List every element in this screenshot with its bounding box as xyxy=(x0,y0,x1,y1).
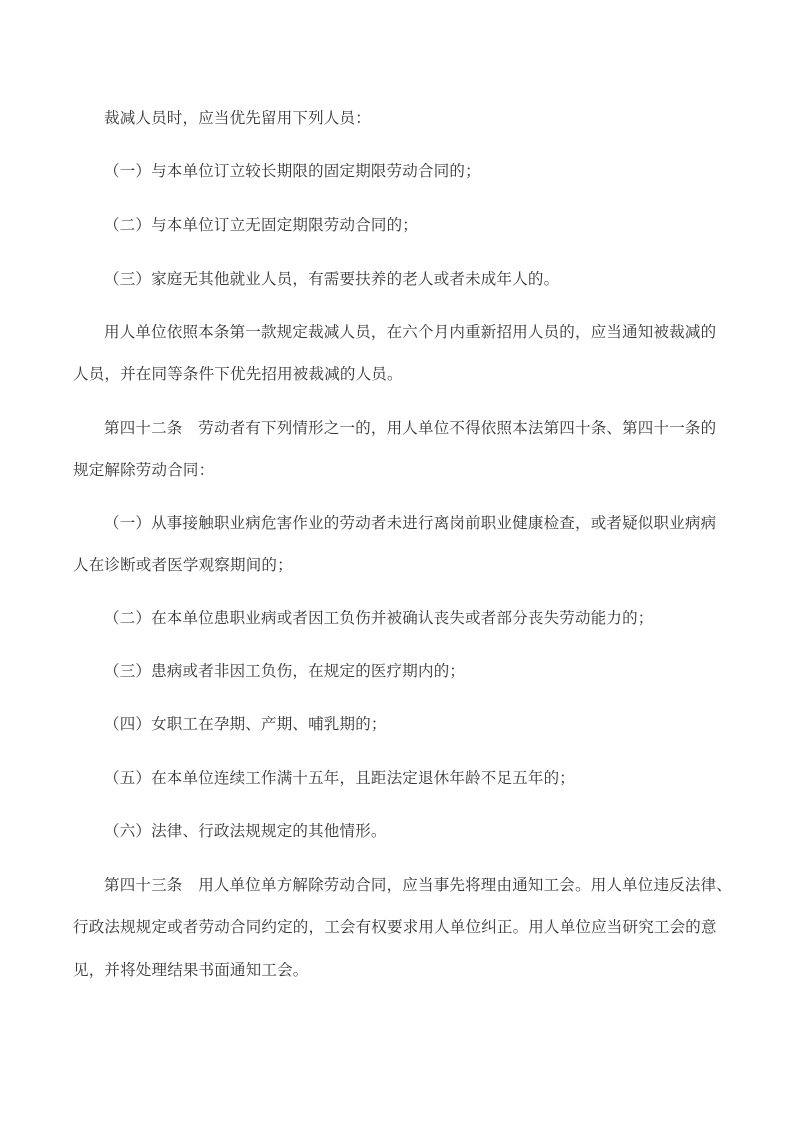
paragraph-rehire-line-2: 人员，并在同等条件下优先招用被裁减的人员。 xyxy=(73,364,403,384)
article-42-line-2: 规定解除劳动合同： xyxy=(73,460,214,480)
article-42-item-2: （二）在本单位患职业病或者因工负伤并被确认丧失或者部分丧失劳动能力的； xyxy=(104,608,654,628)
article-42-item-6: （六）法律、行政法规规定的其他情形。 xyxy=(104,821,387,841)
paragraph-rehire-line-1: 用人单位依照本条第一款规定裁减人员，在六个月内重新招用人员的，应当通知被裁减的 xyxy=(104,322,716,342)
article-42-item-1-line-1: （一）从事接触职业病危害作业的劳动者未进行离岗前职业健康检查，或者疑似职业病病 xyxy=(104,513,716,533)
lead-paragraph: 裁减人员时，应当优先留用下列人员： xyxy=(104,108,371,128)
article-42-item-4: （四）女职工在孕期、产期、哺乳期的； xyxy=(104,714,387,734)
list-item-1: （一）与本单位订立较长期限的固定期限劳动合同的； xyxy=(104,161,481,181)
list-item-3: （三）家庭无其他就业人员，有需要扶养的老人或者未成年人的。 xyxy=(104,269,559,289)
article-43-line-3: 见，并将处理结果书面通知工会。 xyxy=(73,960,309,980)
article-42-item-1-line-2: 人在诊断或者医学观察期间的； xyxy=(73,555,293,575)
article-43-line-2: 行政法规规定或者劳动合同约定的，工会有权要求用人单位纠正。用人单位应当研究工会的… xyxy=(73,917,717,937)
article-43-line-1: 第四十三条 用人单位单方解除劳动合同，应当事先将理由通知工会。用人单位违反法律、 xyxy=(104,875,732,895)
list-item-2: （二）与本单位订立无固定期限劳动合同的； xyxy=(104,215,418,235)
article-42-item-5: （五）在本单位连续工作满十五年，且距法定退休年龄不足五年的； xyxy=(104,768,575,788)
article-42-line-1: 第四十二条 劳动者有下列情形之一的，用人单位不得依照本法第四十条、第四十一条的 xyxy=(104,418,716,438)
article-42-item-3: （三）患病或者非因工负伤，在规定的医疗期内的； xyxy=(104,661,465,681)
